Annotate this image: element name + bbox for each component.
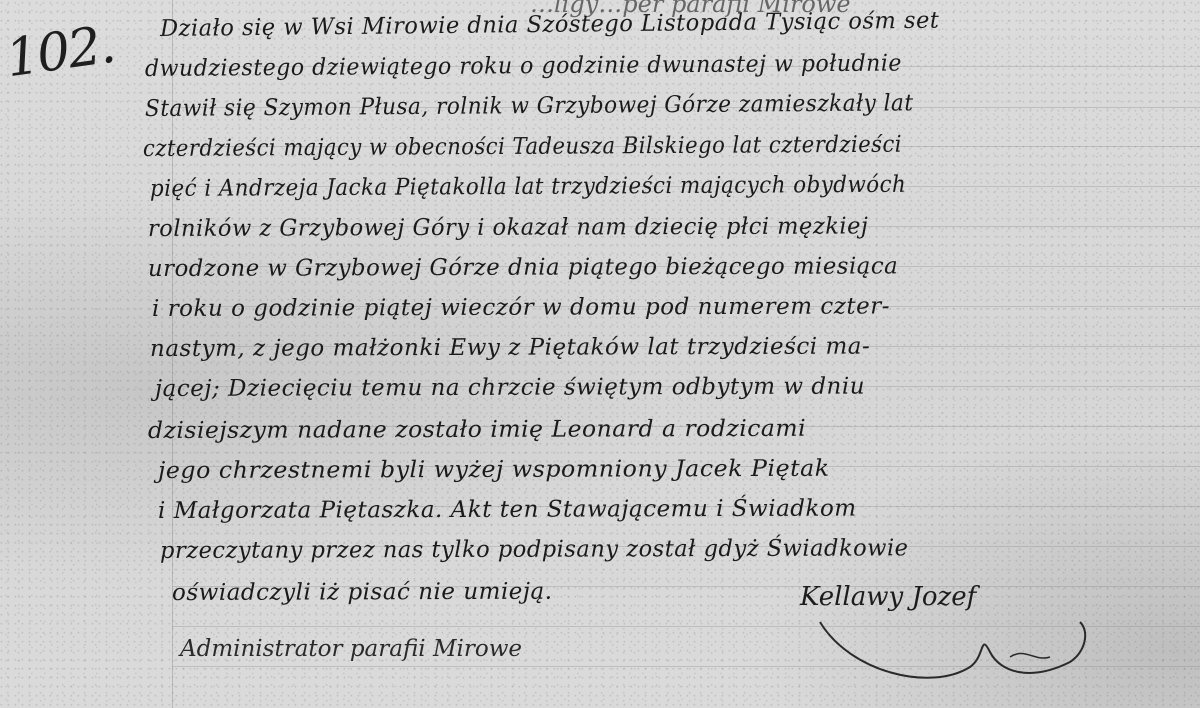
record-line-5: pięć i Andrzeja Jacka Piętakolla lat trz… xyxy=(150,172,906,202)
priest-signature: Kellawy Jozef xyxy=(800,582,976,612)
record-line-13: i Małgorzata Piętaszka. Akt ten Stawając… xyxy=(158,496,857,524)
record-line-2: dwudziestego dziewiątego roku o godzinie… xyxy=(145,50,902,82)
record-line-12: jego chrzestnemi byli wyżej wspomniony J… xyxy=(158,456,830,484)
record-line-14: przeczytany przez nas tylko podpisany zo… xyxy=(160,535,909,564)
administrator-footer: Administrator parafii Mirowe xyxy=(180,636,522,662)
signature-flourish-icon xyxy=(810,612,1100,692)
record-line-8: i roku o godzinie piątej wieczór w domu … xyxy=(152,293,890,322)
record-line-10: jącej; Dziecięciu temu na chrzcie święty… xyxy=(155,374,865,402)
record-line-4: czterdzieści mający w obecności Tadeusza… xyxy=(143,132,902,162)
record-line-6: rolników z Grzybowej Góry i okazał nam d… xyxy=(148,213,868,242)
record-line-9: nastym, z jego małżonki Ewy z Piętaków l… xyxy=(150,333,870,362)
record-line-11: dzisiejszym nadane zostało imię Leonard … xyxy=(148,416,806,444)
record-line-7: urodzone w Grzybowej Górze dnia piątego … xyxy=(148,253,898,282)
record-line-15: oświadczyli iż pisać nie umieją. xyxy=(172,579,553,606)
